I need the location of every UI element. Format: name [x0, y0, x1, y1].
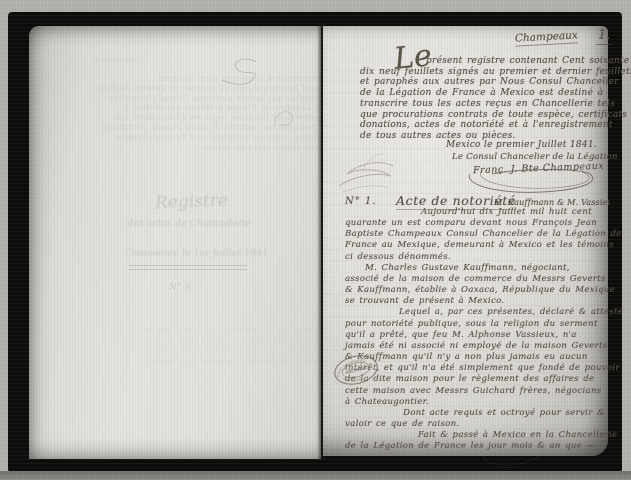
folio-number: 1.: [596, 28, 612, 45]
act-number: N° 1.: [345, 196, 376, 207]
opening-line: présent registre contenant Cent soixante: [426, 56, 610, 67]
register-title: Registre: [155, 191, 229, 214]
opening-line: que procurations contrats de toute espèc…: [360, 110, 610, 121]
act-line: valoir ce que de raison.: [345, 419, 609, 430]
act-line: cette maison avec Messrs Guichard frères…: [345, 386, 609, 397]
act-line: quarante un est comparu devant nous Fran…: [345, 218, 609, 229]
act-line: intérêt, et qu'il n'a été simplement que…: [345, 363, 609, 374]
ghost-line: qu'il a prêté, que feu M. Alphonse Vassi…: [69, 346, 321, 356]
left-page: Champeaux présent registre contenant Cen…: [29, 26, 321, 459]
ghost-line: que procurations contrats de toute espèc…: [65, 123, 321, 133]
ghost-line: jamais été ni associé ni employé de la m…: [69, 356, 321, 366]
opening-line: donations, actes de notoriété et à l'enr…: [360, 120, 610, 131]
title-underline-rule: [129, 265, 247, 270]
act-line: France au Mexique, demeurant à Mexico et…: [345, 240, 609, 251]
pencil-doodle-icon: [333, 146, 397, 198]
act-line: M. Charles Gustave Kauffmann, négociant,: [345, 263, 609, 274]
ghost-line: de tous autres actes ou pièces.: [65, 143, 321, 153]
act-line: jamais été ni associé ni employé de la m…: [345, 341, 609, 352]
act-line: de la dite maison pour le règlement des …: [345, 374, 609, 385]
act-line: ci dessous dénommés.: [345, 252, 609, 263]
opening-line: dix neuf feuillets signés au premier et …: [360, 67, 610, 78]
act-line: de la Légation de France les jour mois &…: [345, 441, 609, 452]
ghost-line: donations, actes de notoriété et à l'enr…: [65, 133, 321, 143]
scanner-bed-strip: [0, 471, 631, 480]
opening-paragraph: présent registre contenant Cent soixante…: [360, 56, 610, 142]
ghost-line: de la Légation de France à Mexico est de…: [65, 103, 321, 113]
signature-flourish-icon: [462, 160, 602, 196]
act-line: Aujourd'hui dix Juillet mil huit cent: [345, 207, 609, 218]
ghost-line: et paraphés aux autres par Nous Consul C…: [65, 94, 321, 104]
ghost-line: pour notoriété publique, sous la religio…: [69, 336, 321, 346]
act-body: Aujourd'hui dix Juillet mil huit cent qu…: [345, 207, 609, 452]
act-line: & Kauffmann, établie à Oaxaca, Républiqu…: [345, 285, 609, 296]
act-line: Baptiste Champeaux Consul Chancelier de …: [345, 229, 609, 240]
act-line: Fait & passé à Mexico en la Chancellerie: [345, 430, 609, 441]
opening-line: de la Légation de France à Mexico est de…: [360, 88, 610, 99]
act-line: associé de la maison de commerce du Mess…: [345, 274, 609, 285]
ghost-line: Lequel a, par ces présentes, déclaré & a…: [69, 326, 321, 336]
ghost-line: dix neuf feuillets signés au premier et …: [65, 84, 321, 94]
scanned-register-page: Champeaux présent registre contenant Cen…: [0, 0, 631, 480]
act-line: & Kauffmann qu'il n'y a non plus jamais …: [345, 352, 609, 363]
act-parties: M. Kauffmann & M. Vassieux: [494, 197, 610, 207]
act-line: Dont acte requis et octroyé pour servir …: [345, 408, 609, 419]
dateline: Mexico le premier Juillet 1841.: [446, 140, 597, 150]
register-start-date: Commencé le 1er Juillet 1841: [125, 248, 268, 259]
bleedthrough-text-block: présent registre contenant Cent soixante…: [65, 74, 321, 152]
act-line: Lequel a, par ces présentes, déclaré & a…: [345, 307, 609, 318]
act-line: se trouvant de présent à Mexico.: [345, 296, 609, 307]
bleedthrough-lower-block: Lequel a, par ces présentes, déclaré & a…: [69, 326, 321, 366]
ghost-header-signature: Champeaux: [91, 56, 142, 66]
register-subtitle: des actes de Chancellerie: [127, 218, 251, 229]
ghost-line: transcrire tous les actes reçus en Chanc…: [65, 113, 321, 123]
opening-line: transcrire tous les actes reçus en Chanc…: [360, 99, 610, 110]
register-number-mark: N° 9: [169, 283, 190, 293]
act-line: pour notoriété publique, sous la religio…: [345, 319, 609, 330]
ghost-line: présent registre contenant Cent soixante: [65, 74, 321, 84]
act-line: qu'il a prêté, que feu M. Alphonse Vassi…: [345, 330, 609, 341]
opening-line: et paraphés aux autres par Nous Consul C…: [360, 77, 610, 88]
act-line: à Chateaugontier.: [345, 397, 609, 408]
